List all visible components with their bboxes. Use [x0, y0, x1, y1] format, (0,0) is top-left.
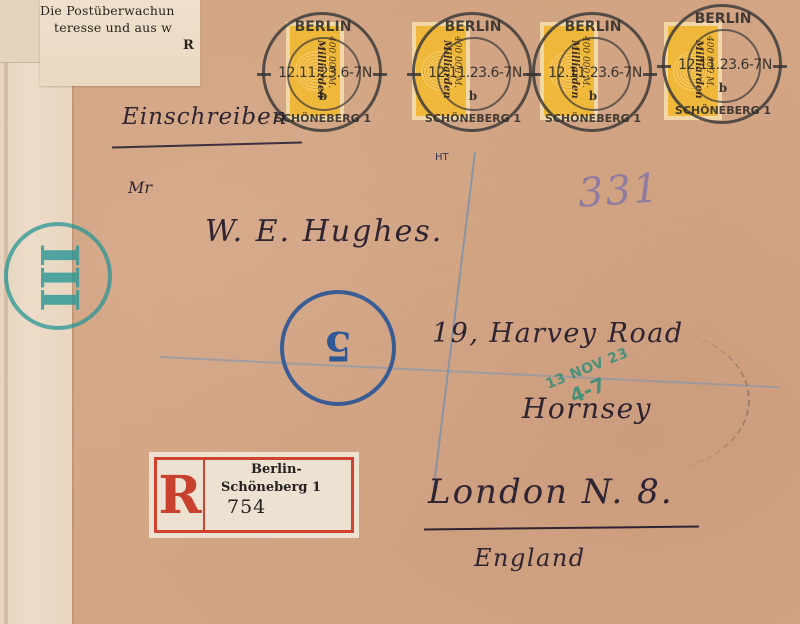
censor-label-line-3: R — [183, 38, 194, 53]
censor-mark-text: III — [27, 243, 88, 310]
postmark-letter: b — [535, 89, 651, 103]
postmark-bar — [407, 73, 421, 76]
postmark-bar — [373, 73, 387, 76]
registration-label: R Berlin- Schöneberg 1 754 — [149, 452, 359, 538]
censor-label-line-1: Die Postüberwachun — [40, 3, 175, 18]
registration-frame: R Berlin- Schöneberg 1 754 — [154, 457, 354, 533]
postmark: BERLIN 12.11.23.6-7N b SCHÖNEBERG 1 — [412, 12, 532, 132]
postmark-city: BERLIN — [265, 19, 381, 35]
postmark-office: SCHÖNEBERG 1 — [535, 112, 651, 125]
postmark-letter: b — [265, 89, 381, 103]
censor-tape-edge — [4, 0, 8, 624]
postmark-bar — [643, 73, 657, 76]
postmark-date: 12.11.23.6-7N — [415, 65, 535, 81]
postmark-city: BERLIN — [535, 19, 651, 35]
postmark-city: BERLIN — [665, 11, 781, 27]
registration-text: Berlin- Schöneberg 1 754 — [205, 460, 351, 530]
address-city: London N. 8. — [428, 472, 674, 512]
registration-number: 754 — [227, 496, 266, 518]
pencil-initials: HT — [435, 152, 449, 163]
postmark: BERLIN 12.11.23.6-7N b SCHÖNEBERG 1 — [532, 12, 652, 132]
city-underline — [424, 526, 699, 531]
pencil-number: 331 — [576, 165, 661, 217]
postmark-bar — [257, 73, 271, 76]
address-country: England — [474, 544, 586, 572]
postmark-date: 12.11.23.6-7N — [535, 65, 655, 81]
postmark-letter: b — [665, 81, 781, 95]
postmark-date: 12.11.23.6-7N — [665, 57, 785, 73]
postmark-bar — [527, 73, 541, 76]
blue-circle-mark: 5 — [280, 290, 396, 406]
blue-circle-number: 5 — [324, 322, 352, 369]
registration-office-line1: Berlin- — [251, 462, 302, 477]
postmark-office: SCHÖNEBERG 1 — [415, 112, 531, 125]
censor-label: Die Postüberwachun teresse und aus w R — [40, 0, 200, 86]
censor-label-line-2: teresse und aus w — [54, 20, 172, 35]
censor-mark-circle: III — [4, 222, 112, 330]
envelope-cover: Die Postüberwachun teresse und aus w R I… — [0, 0, 800, 624]
endorsement-underline — [112, 142, 302, 148]
postmark: BERLIN 12.11.23.6-7N b SCHÖNEBERG 1 — [662, 4, 782, 124]
registration-letter: R — [157, 460, 205, 530]
postmark-letter: b — [415, 89, 531, 103]
addressee-name: W. E. Hughes. — [205, 214, 443, 249]
service-endorsement: Einschreiben — [122, 104, 288, 130]
registration-office-line2: Schöneberg 1 — [221, 480, 321, 495]
postmark-date: 12.11.23.6-7N — [265, 65, 385, 81]
postmark-city: BERLIN — [415, 19, 531, 35]
postmark-office: SCHÖNEBERG 1 — [665, 104, 781, 117]
postmark-bar — [773, 65, 787, 68]
postmark-bar — [657, 65, 671, 68]
salutation: Mr — [128, 178, 152, 197]
